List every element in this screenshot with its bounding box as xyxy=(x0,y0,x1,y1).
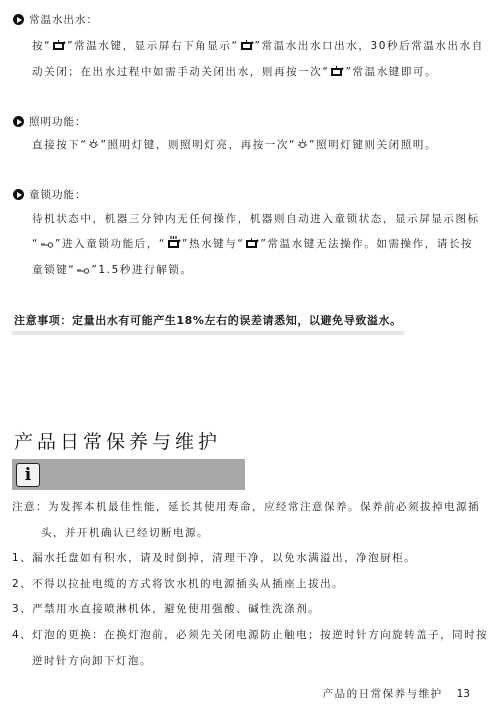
kettle-icon xyxy=(330,61,344,87)
text-run: “ xyxy=(32,238,39,250)
play-bullet-icon xyxy=(13,189,24,200)
page-number: 13 xyxy=(457,688,470,700)
key-icon xyxy=(40,233,54,259)
maintenance-item-1: 1、漏水托盘如有积水，请及时倒掉，清理干净，以免水满溢出，净泡厨柜。 xyxy=(12,545,416,571)
text-run: ”常温水键即可。 xyxy=(345,66,437,78)
kettle-icon xyxy=(245,233,259,259)
paragraph-lighting-line1: 直接按下“”照明灯键，则照明灯亮，再按一次“”照明灯键则关闭照明。 xyxy=(32,132,437,160)
text-run: ”照明灯键则关闭照明。 xyxy=(309,139,437,151)
info-banner: i xyxy=(12,459,245,490)
maintenance-note-line2: 头，并开机确认已经切断电源。 xyxy=(41,520,209,546)
hot-kettle-icon xyxy=(167,233,181,259)
maintenance-note-line1: 注意：为发挥本机最佳性能，延长其使用寿命，应经常注意保养。保养前必须拔掉电源插 xyxy=(12,494,480,520)
section-heading-room-temp-water: 常温水出水： xyxy=(13,12,98,27)
key-icon xyxy=(76,259,90,285)
text-run: ”进入童锁功能后，“ xyxy=(55,238,166,250)
footer-section-title: 产品的日常保养与维护 xyxy=(323,688,443,700)
play-bullet-icon xyxy=(13,14,24,25)
heading-text: 童锁功能： xyxy=(29,187,87,202)
text-run: 童锁键“ xyxy=(32,264,75,276)
paragraph-child-lock-line1: 待机状态中，机器三分钟内无任何操作，机器则自动进入童锁状态，显示屏显示图标 xyxy=(32,206,480,232)
maintenance-item-4: 4、灯泡的更换：在换灯泡前，必须先关闭电源防止触电；按逆时针方向旋转盖子，同时按 xyxy=(12,622,488,648)
info-icon: i xyxy=(16,463,40,487)
heading-text: 照明功能： xyxy=(29,114,87,129)
section-heading-child-lock: 童锁功能： xyxy=(13,187,87,202)
maintenance-item-3: 3、严禁用水直接喷淋机体，避免使用强酸、碱性洗涤剂。 xyxy=(12,596,320,622)
text-run: ”常温水键无法操作。如需操作，请长按 xyxy=(260,238,473,250)
kettle-icon xyxy=(52,35,66,61)
text-run: 直接按下“ xyxy=(32,139,87,151)
light-icon xyxy=(88,134,99,160)
paragraph-child-lock-line2: “”进入童锁功能后，“”热水键与“”常温水键无法操作。如需操作，请长按 xyxy=(32,231,473,259)
maintenance-title: 产品日常保养与维护 xyxy=(14,427,221,454)
light-icon xyxy=(297,134,308,160)
section-heading-lighting: 照明功能： xyxy=(13,114,87,129)
notice-text: 注意事项：定量出水有可能产生18%左右的误差请悉知，以避免导致溢水。 xyxy=(12,312,404,335)
play-bullet-icon xyxy=(13,116,24,127)
paragraph-child-lock-line3: 童锁键“”1.5秒进行解锁。 xyxy=(32,257,192,285)
text-run: ”常温水出水口出水，30秒后常温水出水自 xyxy=(255,40,484,52)
maintenance-item-2: 2、不得以拉扯电缆的方式将饮水机的电源插头从插座上拔出。 xyxy=(12,571,344,597)
heading-text: 常温水出水： xyxy=(29,12,98,27)
text-run: ”常温水键，显示屏右下角显示“ xyxy=(67,40,238,52)
page-footer: 产品的日常保养与维护13 xyxy=(323,686,470,701)
text-run: ”热水键与“ xyxy=(182,238,244,250)
paragraph-room-temp-line2: 动关闭；在出水过程中如需手动关闭出水，则再按一次“”常温水键即可。 xyxy=(32,59,437,87)
text-run: 待机状态中，机器三分钟内无任何操作，机器则自动进入童锁状态，显示屏显示图标 xyxy=(32,213,480,225)
maintenance-item-4-continued: 逆时针方向卸下灯泡。 xyxy=(32,648,152,674)
text-run: ”1.5秒进行解锁。 xyxy=(91,264,192,276)
text-run: ”照明灯键，则照明灯亮，再按一次“ xyxy=(100,139,296,151)
text-run: 动关闭；在出水过程中如需手动关闭出水，则再按一次“ xyxy=(32,66,329,78)
text-run: 按“ xyxy=(32,40,51,52)
kettle-icon xyxy=(240,35,254,61)
paragraph-room-temp-line1: 按“”常温水键，显示屏右下角显示“”常温水出水口出水，30秒后常温水出水自 xyxy=(32,33,484,61)
